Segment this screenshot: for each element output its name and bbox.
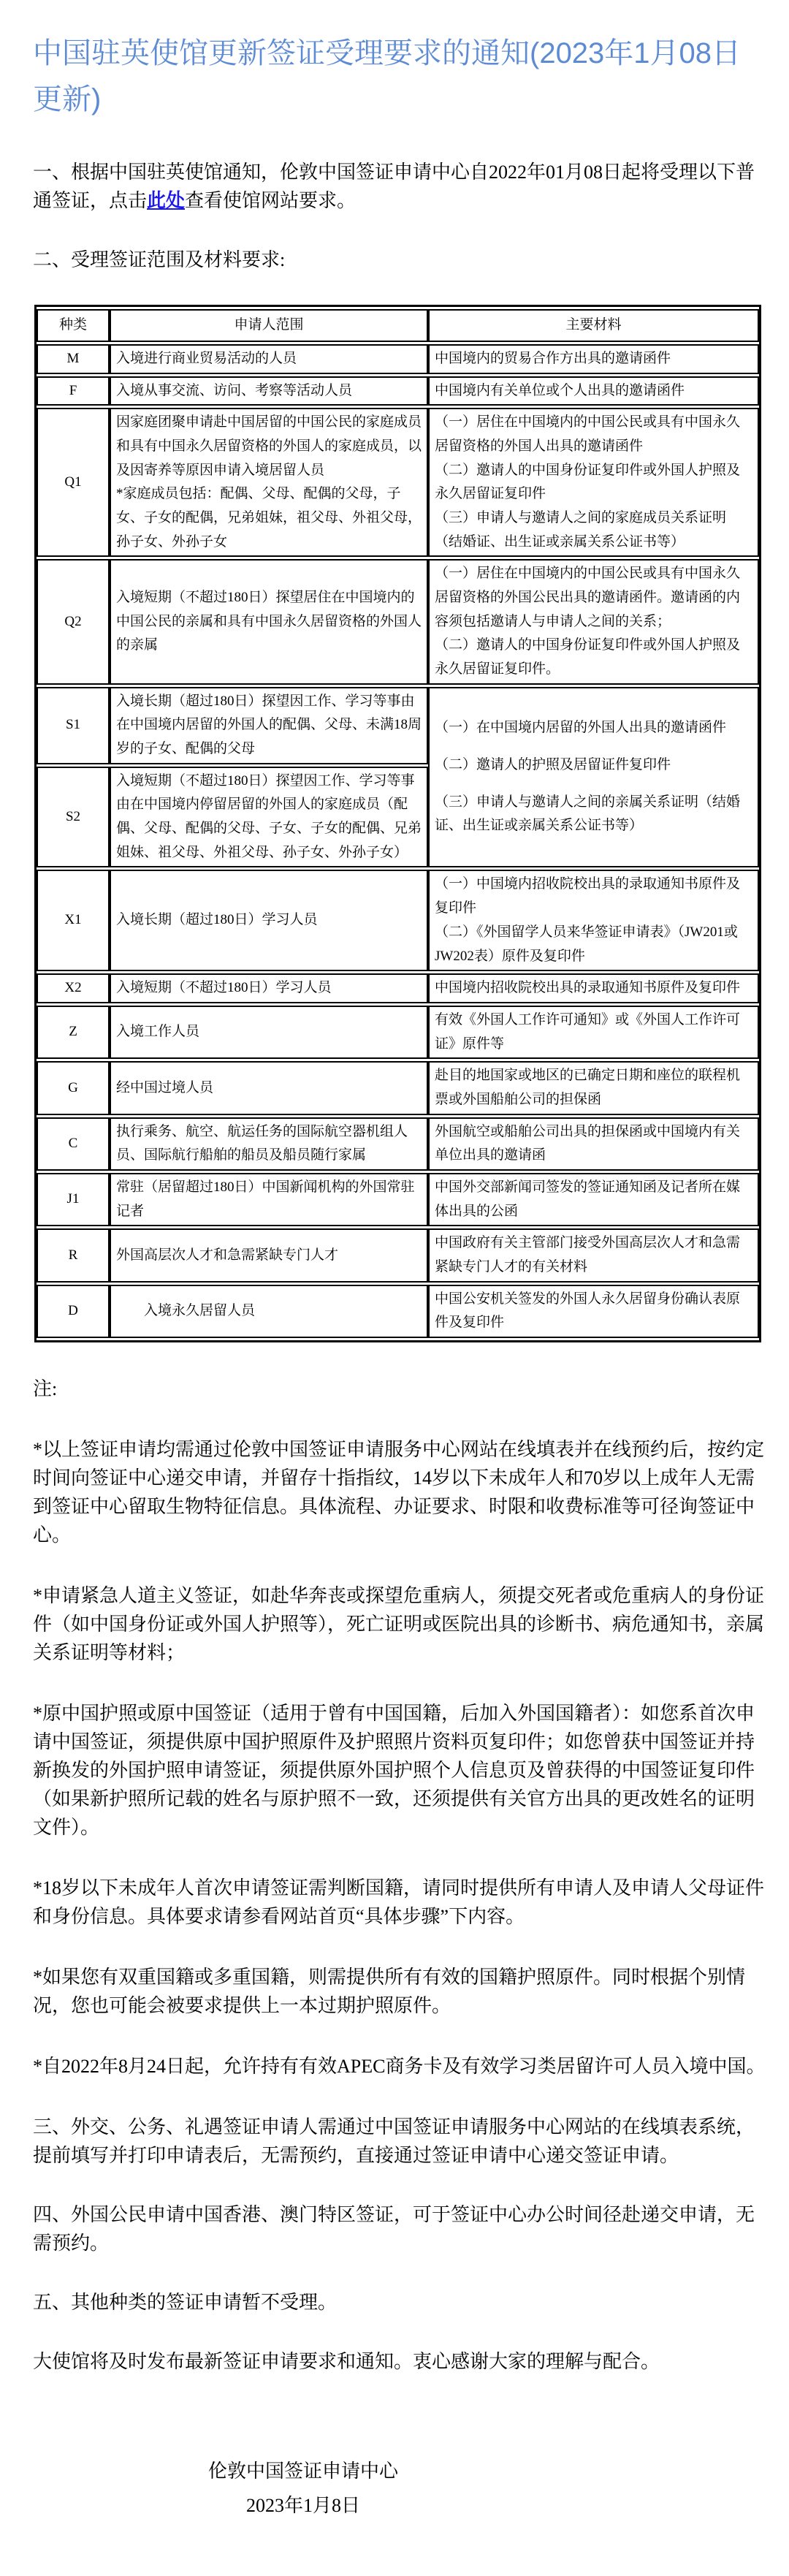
main-material-cell: 中国境内的贸易合作方出具的邀请函件 <box>428 344 759 374</box>
applicant-scope-line: 入境永久居留人员 <box>116 1299 422 1323</box>
applicant-scope-cell: 入境工作人员 <box>110 1006 428 1059</box>
table-row-x2: X2入境短期（不超过180日）学习人员中国境内招收院校出具的录取通知书原件及复印… <box>37 973 759 1003</box>
material-item: （一）居住在中国境内的中国公民或具有中国永久居留资格的外国公民出具的邀请函件。邀… <box>435 562 752 634</box>
applicant-scope-cell: 入境永久居留人员 <box>110 1285 428 1338</box>
material-item: 中国境内的贸易合作方出具的邀请函件 <box>435 347 752 371</box>
visa-types-table: 种类 申请人范围 主要材料 M入境进行商业贸易活动的人员中国境内的贸易合作方出具… <box>34 305 761 1342</box>
applicant-scope-line: 执行乘务、航空、航运任务的国际航空器机组人员、国际航行船舶的船员及船员随行家属 <box>116 1120 422 1168</box>
footer-date: 2023年1月8日 <box>33 2490 573 2522</box>
applicant-scope-cell: 入境短期（不超过180日）探望居住在中国境内的中国公民的亲属和具有中国永久居留资… <box>110 559 428 684</box>
table-row-q2: Q2入境短期（不超过180日）探望居住在中国境内的中国公民的亲属和具有中国永久居… <box>37 559 759 684</box>
visa-type-cell: Z <box>37 1006 110 1059</box>
table-row-x1: X1入境长期（超过180日）学习人员（一）中国境内招收院校出具的录取通知书原件及… <box>37 870 759 971</box>
section-paragraph: 五、其他种类的签证申请暂不受理。 <box>33 2288 769 2317</box>
table-row-r: R外国高层次人才和急需紧缺专门人才中国政府有关主管部门接受外国高层次人才和急需紧… <box>37 1228 759 1282</box>
table-header-row: 种类 申请人范围 主要材料 <box>37 309 759 342</box>
applicant-scope-cell: 入境短期（不超过180日）学习人员 <box>110 973 428 1003</box>
applicant-scope-cell: 入境进行商业贸易活动的人员 <box>110 344 428 374</box>
applicant-scope-line: 入境工作人员 <box>116 1020 422 1044</box>
visa-type-cell: S2 <box>37 767 110 868</box>
material-item: （一）在中国境内居留的外国人出具的邀请函件 <box>435 716 752 740</box>
main-material-cell: 中国境内有关单位或个人出具的邀请函件 <box>428 376 759 406</box>
material-item: 中国公安机关签发的外国人永久居留身份确认表原件及复印件 <box>435 1288 752 1335</box>
material-item: （三）申请人与邀请人之间的亲属关系证明（结婚证、出生证或亲属关系公证书等） <box>435 791 752 838</box>
main-material-cell: （一）中国境内招收院校出具的录取通知书原件及复印件（二）《外国留学人员来华签证申… <box>428 870 759 971</box>
material-item: （二）《外国留学人员来华签证申请表》（JW201或JW202表）原件及复印件 <box>435 921 752 968</box>
main-material-cell: 中国政府有关主管部门接受外国高层次人才和急需紧缺专门人才的有关材料 <box>428 1228 759 1282</box>
table-row-s1: S1入境长期（超过180日）探望因工作、学习等事由在中国境内居留的外国人的配偶、… <box>37 687 759 764</box>
section-two-heading: 二、受理签证范围及材料要求: <box>33 246 769 274</box>
table-header-main-material: 主要材料 <box>428 309 759 342</box>
embassy-website-link[interactable]: 此处 <box>147 190 185 211</box>
applicant-scope-line: 入境进行商业贸易活动的人员 <box>116 347 422 371</box>
visa-type-cell: M <box>37 344 110 374</box>
page-title: 中国驻英使馆更新签证受理要求的通知(2023年1月08日更新) <box>33 31 769 123</box>
visa-type-cell: S1 <box>37 687 110 764</box>
note-paragraph: *申请紧急人道主义签证，如赴华奔丧或探望危重病人，须提交死者或危重病人的身份证件… <box>33 1581 769 1667</box>
note-paragraph: *如果您有双重国籍或多重国籍，则需提供所有有效的国籍护照原件。同时根据个别情况，… <box>33 1963 769 2020</box>
section-paragraph: 三、外交、公务、礼遇签证申请人需通过中国签证申请服务中心网站的在线填表系统，提前… <box>33 2113 769 2170</box>
material-item: 赴目的地国家或地区的已确定日期和座位的联程机票或外国船舶公司的担保函 <box>435 1064 752 1112</box>
note-paragraph: *原中国护照或原中国签证（适用于曾有中国国籍，后加入外国国籍者）：如您系首次申请… <box>33 1699 769 1842</box>
table-row-z: Z入境工作人员有效《外国人工作许可通知》或《外国人工作许可证》原件等 <box>37 1006 759 1059</box>
main-material-cell: 中国公安机关签发的外国人永久居留身份确认表原件及复印件 <box>428 1285 759 1338</box>
notice-document: 中国驻英使馆更新签证受理要求的通知(2023年1月08日更新) 一、根据中国驻英… <box>0 0 789 2576</box>
visa-type-cell: X2 <box>37 973 110 1003</box>
applicant-scope-cell: 常驻（居留超过180日）中国新闻机构的外国常驻记者 <box>110 1173 428 1226</box>
notes-label: 注: <box>33 1375 769 1403</box>
applicant-scope-line: 因家庭团聚申请赴中国居留的中国公民的家庭成员和具有中国永久居留资格的外国人的家庭… <box>116 411 422 482</box>
footer-signature: 伦敦中国签证申请中心 2023年1月8日 <box>33 2456 573 2522</box>
table-row-j1: J1常驻（居留超过180日）中国新闻机构的外国常驻记者中国外交部新闻司签发的签证… <box>37 1173 759 1226</box>
section-paragraph: 四、外国公民申请中国香港、澳门特区签证，可于签证中心办公时间径赴递交申请，无需预… <box>33 2200 769 2257</box>
visa-type-cell: D <box>37 1285 110 1338</box>
note-paragraph: *以上签证申请均需通过伦敦中国签证申请服务中心网站在线填表并在线预约后，按约定时… <box>33 1435 769 1549</box>
applicant-scope-cell: 入境长期（超过180日）学习人员 <box>110 870 428 971</box>
table-row-f: F入境从事交流、访问、考察等活动人员中国境内有关单位或个人出具的邀请函件 <box>37 376 759 406</box>
closing-paragraph: 大使馆将及时发布最新签证申请要求和通知。衷心感谢大家的理解与配合。 <box>33 2347 769 2376</box>
table-header-type: 种类 <box>37 309 110 342</box>
applicant-scope-line: 入境短期（不超过180日）学习人员 <box>116 976 422 1000</box>
applicant-scope-cell: 入境从事交流、访问、考察等活动人员 <box>110 376 428 406</box>
applicant-scope-cell: 因家庭团聚申请赴中国居留的中国公民的家庭成员和具有中国永久居留资格的外国人的家庭… <box>110 408 428 557</box>
applicant-scope-line: 入境长期（超过180日）学习人员 <box>116 908 422 932</box>
main-material-cell: 中国外交部新闻司签发的签证通知函及记者所在媒体出具的公函 <box>428 1173 759 1226</box>
applicant-scope-cell: 经中国过境人员 <box>110 1061 428 1114</box>
notes-section: 注: *以上签证申请均需通过伦敦中国签证申请服务中心网站在线填表并在线预约后，按… <box>33 1375 769 2081</box>
intro-text-after-link: 查看使馆网站要求。 <box>185 190 356 211</box>
visa-type-cell: X1 <box>37 870 110 971</box>
applicant-scope-line: 入境从事交流、访问、考察等活动人员 <box>116 379 422 403</box>
material-item: （二）邀请人的护照及居留证件复印件 <box>435 753 752 778</box>
material-item: 外国航空或船舶公司出具的担保函或中国境内有关单位出具的邀请函 <box>435 1120 752 1168</box>
notes-list: *以上签证申请均需通过伦敦中国签证申请服务中心网站在线填表并在线预约后，按约定时… <box>33 1435 769 2081</box>
visa-type-cell: R <box>37 1228 110 1282</box>
applicant-scope-line: 经中国过境人员 <box>116 1076 422 1101</box>
material-item: 中国境内招收院校出具的录取通知书原件及复印件 <box>435 976 752 1000</box>
applicant-scope-cell: 执行乘务、航空、航运任务的国际航空器机组人员、国际航行船舶的船员及船员随行家属 <box>110 1117 428 1171</box>
material-item: （二）邀请人的中国身份证复印件或外国人护照及永久居留证复印件。 <box>435 634 752 681</box>
applicant-scope-line: 入境短期（不超过180日）探望居住在中国境内的中国公民的亲属和具有中国永久居留资… <box>116 586 422 658</box>
material-item: （二）邀请人的中国身份证复印件或外国人护照及永久居留证复印件 <box>435 459 752 506</box>
main-material-cell: （一）居住在中国境内的中国公民或具有中国永久居留资格的外国公民出具的邀请函件。邀… <box>428 559 759 684</box>
material-item: （一）居住在中国境内的中国公民或具有中国永久居留资格的外国人出具的邀请函件 <box>435 411 752 458</box>
material-item: 中国政府有关主管部门接受外国高层次人才和急需紧缺专门人才的有关材料 <box>435 1231 752 1279</box>
table-row-g: G经中国过境人员赴目的地国家或地区的已确定日期和座位的联程机票或外国船舶公司的担… <box>37 1061 759 1114</box>
material-item: 有效《外国人工作许可通知》或《外国人工作许可证》原件等 <box>435 1008 752 1056</box>
visa-type-cell: Q1 <box>37 408 110 557</box>
applicant-scope-cell: 入境短期（不超过180日）探望因工作、学习等事由在中国境内停留居留的外国人的家庭… <box>110 767 428 868</box>
applicant-scope-line: 常驻（居留超过180日）中国新闻机构的外国常驻记者 <box>116 1176 422 1223</box>
table-header-applicant-scope: 申请人范围 <box>110 309 428 342</box>
applicant-scope-line: 入境长期（超过180日）探望因工作、学习等事由在中国境内居留的外国人的配偶、父母… <box>116 690 422 761</box>
table-row-m: M入境进行商业贸易活动的人员中国境内的贸易合作方出具的邀请函件 <box>37 344 759 374</box>
visa-type-cell: C <box>37 1117 110 1171</box>
material-item: （三）申请人与邀请人之间的家庭成员关系证明（结婚证、出生证或亲属关系公证书等） <box>435 506 752 554</box>
visa-type-cell: Q2 <box>37 559 110 684</box>
applicant-scope-line: 外国高层次人才和急需紧缺专门人才 <box>116 1244 422 1268</box>
note-paragraph: *自2022年8月24日起，允许持有有效APEC商务卡及有效学习类居留许可人员入… <box>33 2052 769 2081</box>
material-item: 中国境内有关单位或个人出具的邀请函件 <box>435 379 752 403</box>
material-item: （一）中国境内招收院校出具的录取通知书原件及复印件 <box>435 873 752 920</box>
footer-organization: 伦敦中国签证申请中心 <box>33 2456 573 2488</box>
applicant-scope-line: *家庭成员包括：配偶、父母、配偶的父母，子女、子女的配偶，兄弟姐妹，祖父母、外祖… <box>116 482 422 554</box>
note-paragraph: *18岁以下未成年人首次申请签证需判断国籍，请同时提供所有申请人及申请人父母证件… <box>33 1874 769 1931</box>
intro-text-before-link: 一、根据中国驻英使馆通知，伦敦中国签证申请中心自2022年01月08日起将受理以… <box>33 162 755 211</box>
applicant-scope-cell: 外国高层次人才和急需紧缺专门人才 <box>110 1228 428 1282</box>
visa-type-cell: G <box>37 1061 110 1114</box>
main-material-cell: 外国航空或船舶公司出具的担保函或中国境内有关单位出具的邀请函 <box>428 1117 759 1171</box>
table-row-d: D 入境永久居留人员中国公安机关签发的外国人永久居留身份确认表原件及复印件 <box>37 1285 759 1338</box>
visa-type-cell: J1 <box>37 1173 110 1226</box>
main-material-cell: 赴目的地国家或地区的已确定日期和座位的联程机票或外国船舶公司的担保函 <box>428 1061 759 1114</box>
numbered-sections: 三、外交、公务、礼遇签证申请人需通过中国签证申请服务中心网站的在线填表系统，提前… <box>33 2113 769 2317</box>
main-material-cell: 中国境内招收院校出具的录取通知书原件及复印件 <box>428 973 759 1003</box>
visa-type-cell: F <box>37 376 110 406</box>
table-row-q1: Q1因家庭团聚申请赴中国居留的中国公民的家庭成员和具有中国永久居留资格的外国人的… <box>37 408 759 557</box>
main-material-cell: （一）居住在中国境内的中国公民或具有中国永久居留资格的外国人出具的邀请函件（二）… <box>428 408 759 557</box>
material-item: 中国外交部新闻司签发的签证通知函及记者所在媒体出具的公函 <box>435 1176 752 1223</box>
main-material-cell: （一）在中国境内居留的外国人出具的邀请函件（二）邀请人的护照及居留证件复印件（三… <box>428 687 759 868</box>
applicant-scope-line: 入境短期（不超过180日）探望因工作、学习等事由在中国境内停留居留的外国人的家庭… <box>116 770 422 865</box>
main-material-cell: 有效《外国人工作许可通知》或《外国人工作许可证》原件等 <box>428 1006 759 1059</box>
applicant-scope-cell: 入境长期（超过180日）探望因工作、学习等事由在中国境内居留的外国人的配偶、父母… <box>110 687 428 764</box>
intro-paragraph: 一、根据中国驻英使馆通知，伦敦中国签证申请中心自2022年01月08日起将受理以… <box>33 158 769 215</box>
table-row-c: C执行乘务、航空、航运任务的国际航空器机组人员、国际航行船舶的船员及船员随行家属… <box>37 1117 759 1171</box>
